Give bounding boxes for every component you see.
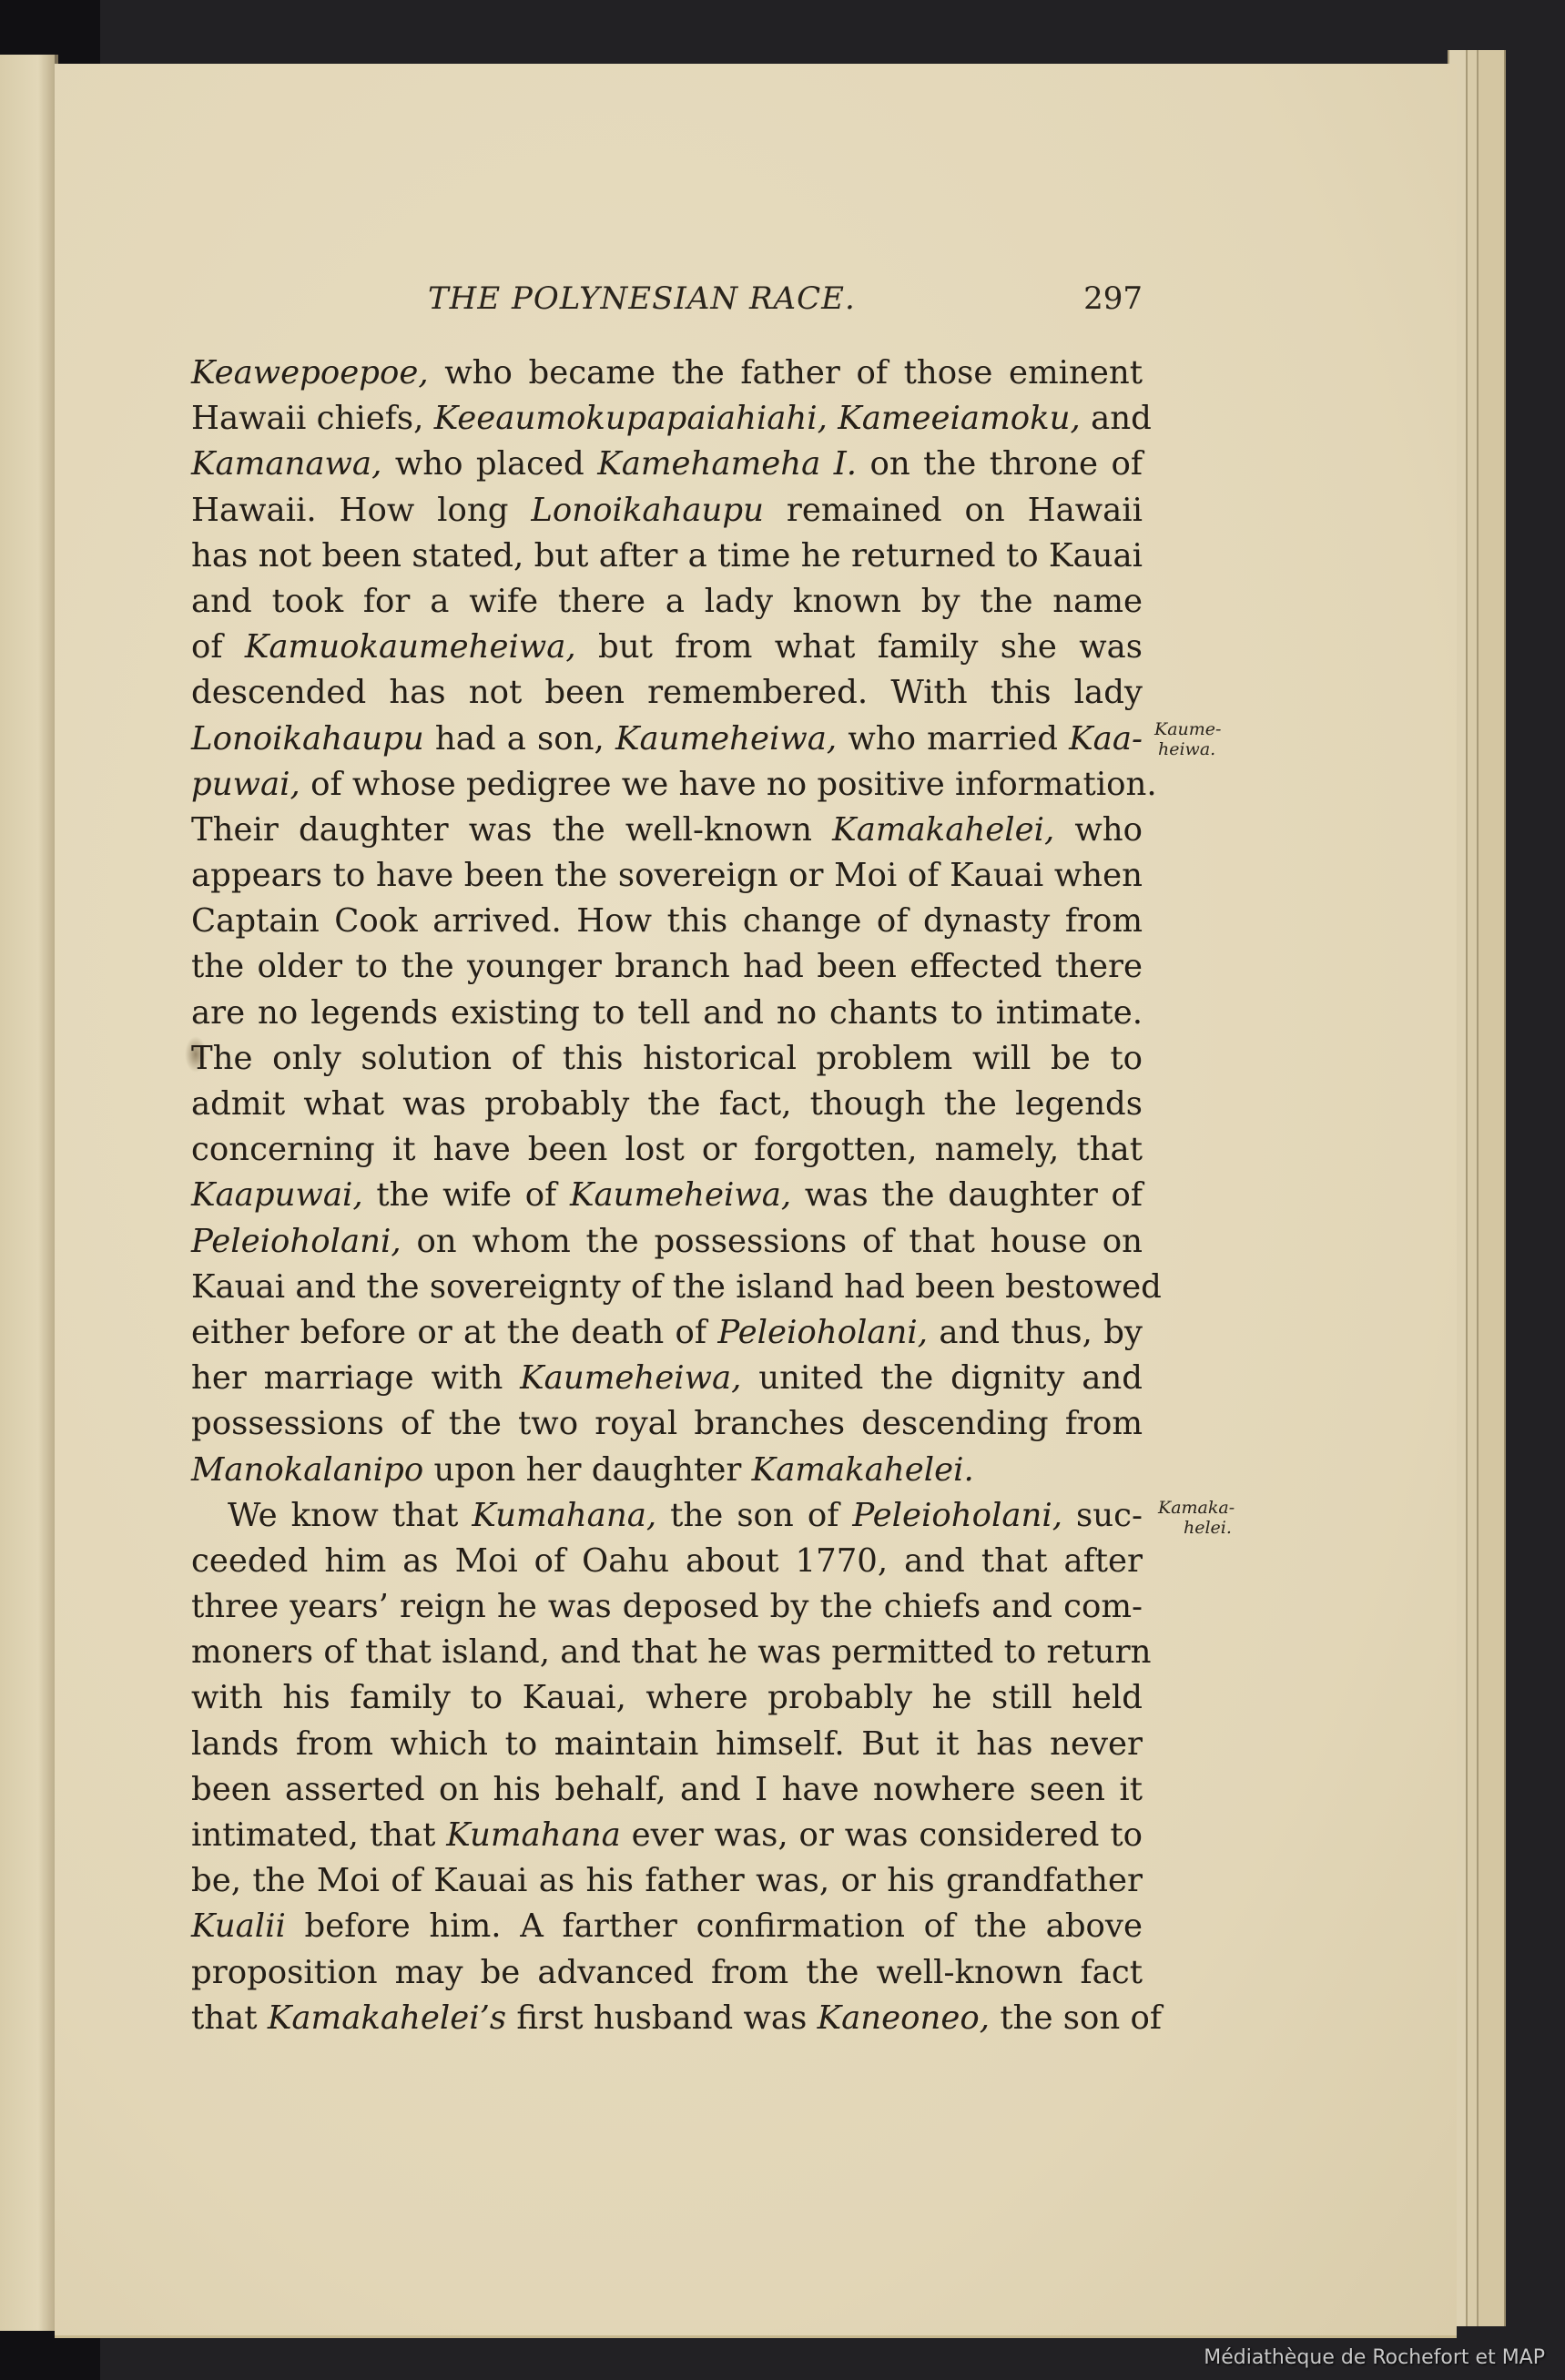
text-line: been asserted on his behalf, and I have …	[191, 1767, 1143, 1813]
text-run: that	[191, 1999, 268, 2037]
text-run: Hawaii chiefs,	[191, 400, 434, 437]
text-run: the son of	[656, 1497, 852, 1534]
text-run: remained on Hawaii	[764, 492, 1143, 529]
text-run: but from what family she was	[576, 628, 1143, 666]
italic-name: Keeaumokupapaiahiahi, Kameeiamoku,	[434, 400, 1081, 437]
text-line: puwai, of whose pedigree we have no posi…	[191, 762, 1143, 808]
italic-name: Kamakahelei’s	[268, 1999, 506, 2037]
italic-name: Lonoikahaupu	[191, 720, 424, 758]
text-run: on whom the possessions of that house on	[401, 1223, 1143, 1260]
text-line: proposition may be advanced from the wel…	[191, 1950, 1143, 1996]
text-run: of	[191, 628, 245, 666]
running-head: THE POLYNESIAN RACE. 297	[191, 280, 1143, 326]
body-text: Keawepoepoe, who became the father of th…	[191, 351, 1143, 2041]
text-run: We know that	[228, 1497, 472, 1534]
text-line: concerning it have been lost or forgotte…	[191, 1127, 1143, 1173]
margin-note-kaumeheiwa: Kaume- heiwa.	[1154, 719, 1221, 759]
text-run: be, the Moi of Kauai as his father was, …	[191, 1862, 1143, 1899]
text-run: the older to the younger branch had been…	[191, 948, 1143, 985]
text-line: of Kamuokaumeheiwa, but from what family…	[191, 625, 1143, 670]
text-run: had a son,	[424, 720, 615, 758]
text-run: has not been stated, but after a time he…	[191, 537, 1143, 575]
italic-name: Peleioholani,	[191, 1223, 401, 1260]
text-run: the son of	[990, 1999, 1162, 2037]
library-watermark: Médiathèque de Rochefort et MAP	[1204, 2346, 1545, 2369]
text-line: Keawepoepoe, who became the father of th…	[191, 351, 1143, 396]
italic-name: Peleioholani,	[852, 1497, 1062, 1534]
italic-name: Kamakahelei,	[832, 811, 1054, 849]
italic-name: Manokalanipo	[191, 1451, 423, 1489]
margin-note-kamakahelei: Kamaka- helei.	[1158, 1498, 1235, 1538]
text-line: descended has not been remembered. With …	[191, 670, 1143, 716]
text-run: proposition may be advanced from the wel…	[191, 1954, 1143, 1991]
text-run: of whose pedigree we have no positive in…	[300, 766, 1157, 803]
text-line: possessions of the two royal branches de…	[191, 1401, 1143, 1447]
text-run: before him. A farther confirmation of th…	[286, 1907, 1143, 1945]
text-run: who married	[837, 720, 1069, 758]
margin-note-line: heiwa.	[1154, 739, 1221, 759]
text-line: Lonoikahaupu had a son, Kaumeheiwa, who …	[191, 717, 1143, 762]
text-line: admit what was probably the fact, though…	[191, 1082, 1143, 1127]
text-run: who	[1054, 811, 1143, 849]
text-run: concerning it have been lost or forgotte…	[191, 1131, 1143, 1168]
italic-name: Lonoikahaupu	[531, 492, 764, 529]
margin-note-line: Kamaka-	[1158, 1498, 1235, 1518]
margin-note-line: helei.	[1158, 1518, 1235, 1538]
text-run: first husband was	[506, 1999, 817, 2037]
margin-note-line: Kaume-	[1154, 719, 1221, 739]
text-line: and took for a wife there a lady known b…	[191, 579, 1143, 625]
text-line: Manokalanipo upon her daughter Kamakahel…	[191, 1448, 1143, 1493]
page-stack-edge	[1477, 50, 1506, 2326]
text-run: suc-	[1062, 1497, 1143, 1534]
text-run: on the throne of	[857, 445, 1143, 483]
text-line: Kamanawa, who placed Kamehameha I. on th…	[191, 442, 1143, 487]
text-run: ever was, or was considered to	[621, 1816, 1143, 1854]
text-line: Hawaii. How long Lonoikahaupu remained o…	[191, 488, 1143, 534]
text-line: Captain Cook arrived. How this change of…	[191, 899, 1143, 944]
italic-name: Kamehameha I.	[597, 445, 857, 483]
facing-page-edge	[0, 55, 58, 2331]
text-run: Hawaii. How long	[191, 492, 531, 529]
text-run: either before or at the death of	[191, 1314, 717, 1351]
text-run: are no legends existing to tell and no c…	[191, 994, 1143, 1032]
italic-name: Peleioholani,	[717, 1314, 928, 1351]
italic-name: Kumahana	[446, 1816, 621, 1854]
text-line: The only solution of this historical pro…	[191, 1036, 1143, 1082]
text-run: possessions of the two royal branches de…	[191, 1405, 1143, 1442]
text-run: ceeded him as Moi of Oahu about 1770, an…	[191, 1542, 1143, 1580]
text-run: lands from which to maintain himself. Bu…	[191, 1725, 1143, 1763]
text-run: with his family to Kauai, where probably…	[191, 1679, 1143, 1716]
text-line: Kualii before him. A farther confirmatio…	[191, 1904, 1143, 1949]
text-line: Peleioholani, on whom the possessions of…	[191, 1219, 1143, 1265]
italic-name: Kaa-	[1069, 720, 1143, 758]
italic-name: Kualii	[191, 1907, 286, 1945]
text-line: has not been stated, but after a time he…	[191, 534, 1143, 579]
italic-name: Kamanawa,	[191, 445, 381, 483]
italic-name: Kaapuwai,	[191, 1176, 363, 1214]
italic-name: Kaumeheiwa,	[570, 1176, 791, 1214]
text-run: upon her daughter	[423, 1451, 751, 1489]
text-run: Kauai and the sovereignty of the island …	[191, 1268, 1162, 1306]
text-run: Their daughter was the well-known	[191, 811, 832, 849]
text-run: been asserted on his behalf, and I have …	[191, 1771, 1143, 1808]
text-run: and thus, by	[928, 1314, 1143, 1351]
text-line: We know that Kumahana, the son of Peleio…	[191, 1493, 1143, 1539]
text-line: the older to the younger branch had been…	[191, 944, 1143, 990]
text-line: that Kamakahelei’s first husband was Kan…	[191, 1996, 1143, 2041]
text-run: descended has not been remembered. With …	[191, 674, 1143, 711]
italic-name: Keawepoepoe,	[191, 354, 429, 392]
text-line: her marriage with Kaumeheiwa, united the…	[191, 1356, 1143, 1401]
italic-name: puwai,	[191, 766, 300, 803]
text-run: her marriage with	[191, 1359, 520, 1397]
text-run: moners of that island, and that he was p…	[191, 1633, 1152, 1671]
text-line: moners of that island, and that he was p…	[191, 1630, 1143, 1675]
text-line: Kaapuwai, the wife of Kaumeheiwa, was th…	[191, 1173, 1143, 1218]
text-run: The only solution of this historical pro…	[191, 1040, 1143, 1077]
italic-name: Kamuokaumeheiwa,	[245, 628, 576, 666]
text-run: the wife of	[363, 1176, 570, 1214]
text-line: ceeded him as Moi of Oahu about 1770, an…	[191, 1539, 1143, 1584]
text-line: Kauai and the sovereignty of the island …	[191, 1265, 1143, 1310]
text-run: Captain Cook arrived. How this change of…	[191, 902, 1143, 940]
text-run: and	[1081, 400, 1152, 437]
text-run: and took for a wife there a lady known b…	[191, 583, 1143, 620]
text-line: intimated, that Kumahana ever was, or wa…	[191, 1813, 1143, 1858]
text-line: Their daughter was the well-known Kamaka…	[191, 808, 1143, 853]
text-run: was the daughter of	[791, 1176, 1143, 1214]
text-line: be, the Moi of Kauai as his father was, …	[191, 1858, 1143, 1904]
text-line: with his family to Kauai, where probably…	[191, 1675, 1143, 1721]
italic-name: Kaumeheiwa,	[520, 1359, 741, 1397]
text-run: who became the father of those eminent	[429, 354, 1143, 392]
text-run: who placed	[381, 445, 597, 483]
text-line: lands from which to maintain himself. Bu…	[191, 1722, 1143, 1767]
text-line: appears to have been the sovereign or Mo…	[191, 853, 1143, 899]
text-line: are no legends existing to tell and no c…	[191, 991, 1143, 1036]
italic-name: Kumahana,	[472, 1497, 656, 1534]
running-title: THE POLYNESIAN RACE.	[428, 280, 856, 317]
text-run: appears to have been the sovereign or Mo…	[191, 857, 1143, 894]
text-run: admit what was probably the fact, though…	[191, 1085, 1143, 1123]
text-line: either before or at the death of Peleioh…	[191, 1310, 1143, 1356]
page-number: 297	[1083, 280, 1143, 317]
text-line: three years’ reign he was deposed by the…	[191, 1584, 1143, 1630]
text-run: intimated, that	[191, 1816, 446, 1854]
text-run: united the dignity and	[741, 1359, 1143, 1397]
italic-name: Kamakahelei.	[752, 1451, 974, 1489]
italic-name: Kaumeheiwa,	[615, 720, 837, 758]
text-run: three years’ reign he was deposed by the…	[191, 1588, 1143, 1625]
text-line: Hawaii chiefs, Keeaumokupapaiahiahi, Kam…	[191, 396, 1143, 442]
italic-name: Kaneoneo,	[818, 1999, 990, 2037]
